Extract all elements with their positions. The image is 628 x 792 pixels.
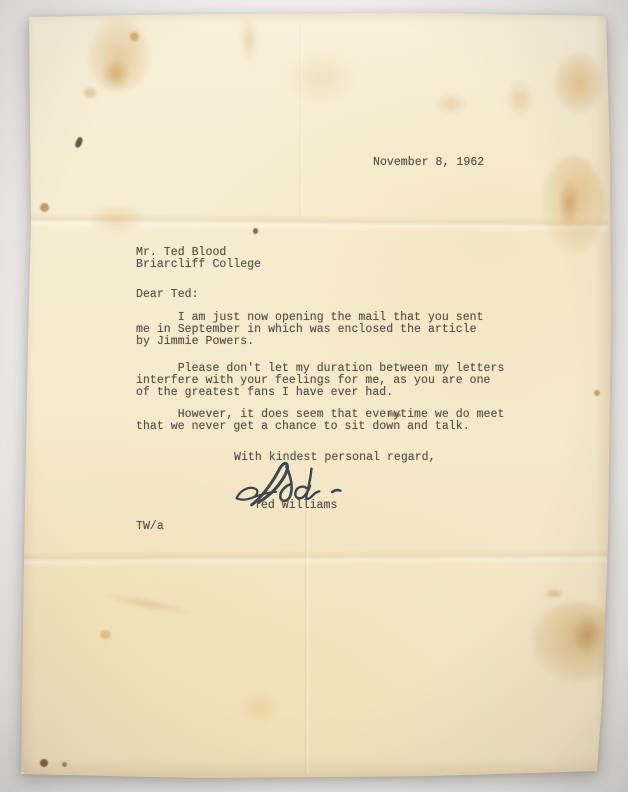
stain: [40, 203, 49, 212]
paper-edge-shade: [21, 20, 34, 772]
salutation-line: Dear Ted:: [136, 289, 199, 301]
body-line: by Jimmie Powers.: [136, 336, 254, 348]
stain: [84, 88, 96, 98]
stain: [543, 588, 565, 599]
stain: [572, 612, 604, 656]
body-line: that we never get a chance to sit down a…: [136, 421, 470, 433]
stain: [98, 589, 198, 620]
stain: [241, 14, 257, 66]
stain: [240, 692, 278, 724]
stain: [542, 156, 604, 254]
fold-crease: [305, 468, 310, 774]
stain: [434, 92, 468, 116]
paper-edge-shade: [595, 14, 613, 774]
stain: [88, 16, 150, 92]
stain: [532, 602, 620, 682]
stain: [554, 52, 604, 114]
stain: [558, 178, 580, 228]
paper-edge-shade: [30, 12, 608, 23]
stain: [62, 762, 67, 767]
typed-name-line: Ted Williams: [254, 500, 337, 512]
photo-backdrop: November 8, 1962 Mr. Ted Blood Briarclif…: [0, 0, 628, 792]
recipient-org-line: Briarcliff College: [136, 259, 261, 271]
stain: [102, 58, 130, 90]
date-line: November 8, 1962: [373, 157, 484, 169]
stain: [100, 630, 111, 639]
paper-edge-shade: [24, 758, 606, 778]
paper-sheet: November 8, 1962 Mr. Ted Blood Briarclif…: [0, 0, 628, 792]
fold-crease: [24, 212, 608, 233]
stain: [130, 32, 139, 41]
letter-paper: November 8, 1962 Mr. Ted Blood Briarclif…: [0, 0, 628, 792]
stain: [88, 204, 146, 234]
fold-crease: [24, 548, 608, 567]
stain: [506, 80, 534, 118]
typist-initials-line: TW/a: [136, 521, 164, 533]
stain: [284, 52, 358, 104]
body-line: of the greatest fans I have ever had.: [136, 387, 393, 399]
stain: [253, 228, 258, 234]
fold-crease: [299, 18, 304, 218]
ink-mark: [74, 136, 84, 149]
stain: [40, 759, 48, 767]
stain: [594, 390, 600, 396]
